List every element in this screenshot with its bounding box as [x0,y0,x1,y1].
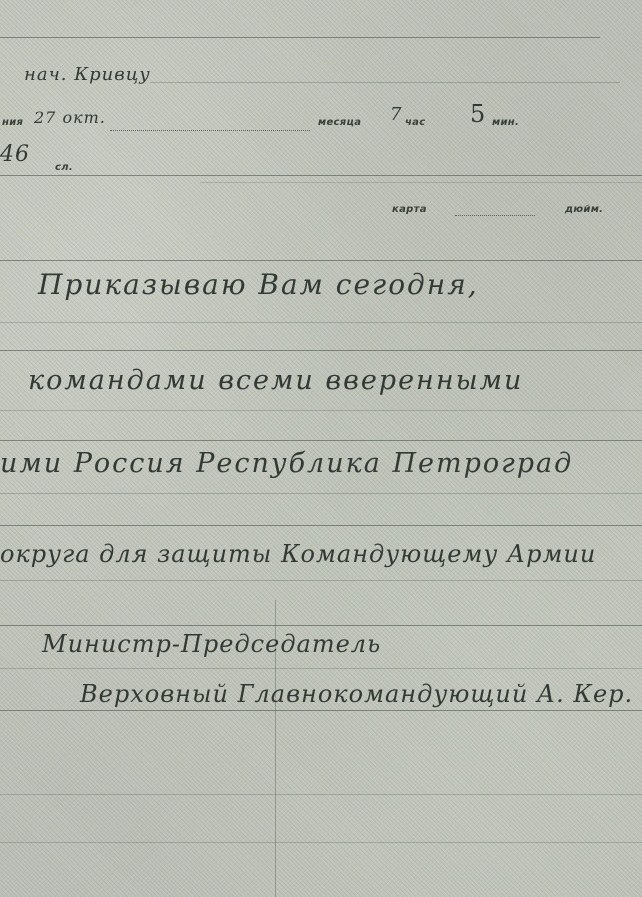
minute-label: мин. [492,117,519,128]
ruled-line [0,322,642,323]
dotted-leader [110,130,310,131]
hour-value: 7 [390,104,402,125]
ruled-line [0,794,642,795]
hour-label: час [405,117,425,128]
month-label: месяца [318,117,361,128]
signature-title: Министр-Председатель [42,630,381,658]
dotted-leader [455,215,535,216]
body-line-4: округа для защиты Командующему Армии [0,540,596,568]
ruled-line [0,175,642,176]
body-line-2: командами всеми вверенными [28,365,523,396]
ruled-line [0,350,642,351]
ruled-line [0,668,642,669]
ruled-line [0,580,642,581]
map-label: карта [392,204,427,215]
ruled-line [0,525,642,526]
ruled-line [0,625,642,626]
minute-value: 5 [470,100,486,128]
recipient-handwritten: нач. Кривцу [24,64,151,85]
ruled-line [150,82,620,83]
ruled-line [200,182,642,183]
ruled-line [0,710,642,711]
body-line-1: Приказываю Вам сегодня, [38,268,479,301]
ruled-line [0,410,642,411]
ruled-line [0,37,600,38]
inch-label: дюйм. [565,204,603,215]
date-handwritten: 27 окт. [34,108,106,127]
printed-label: ния [2,117,23,128]
signature-name: Верховный Главнокомандующий А. Кер. [80,680,633,708]
body-line-3: ими Россия Республика Петроград [0,448,573,479]
word-count-label: сл. [55,162,73,173]
word-count-handwritten: 46 [0,142,30,167]
ruled-line [0,260,642,261]
ruled-line [0,440,642,441]
ruled-line [0,842,642,843]
telegram-document: нач. Кривцу ния 27 окт. месяца 7 час 5 м… [0,0,642,897]
ruled-line [0,493,642,494]
